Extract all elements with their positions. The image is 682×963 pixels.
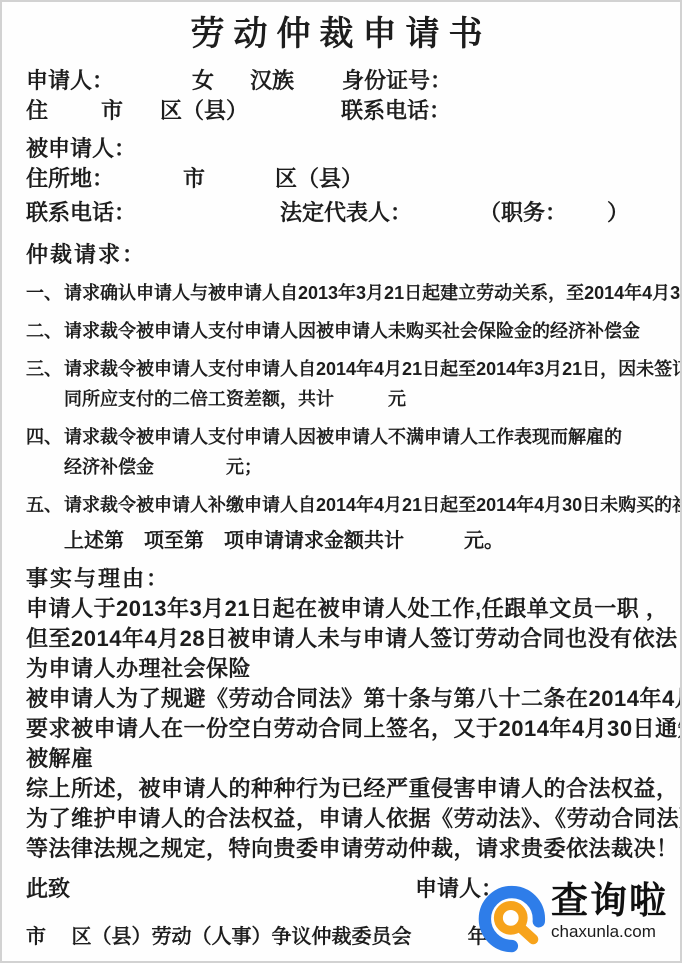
facts-line: 为了维护申请人的合法权益，申请人依据《劳动法》、《劳动合同法》 (26, 804, 656, 834)
respondent-address-label: 住所地： (26, 164, 114, 194)
claim-line: 请求确认申请人与被申请人自2013年3月21日起建立劳动关系，至2014年4月3… (64, 278, 656, 308)
claim-line: 请求裁令被申请人补缴申请人自2014年4月21日起至2014年4月30日未购买的… (64, 490, 656, 520)
applicant-address-row: 住 市 区（县） 联系电话： (26, 96, 656, 126)
facts-heading: 事实与理由： (26, 564, 656, 594)
arbitration-committee-label: 市 区（县）劳动（人事）争议仲裁委员会 (26, 922, 412, 952)
claims-total-summary: 上述第 项至第 项申请请求金额共计 元。 (26, 526, 656, 556)
applicant-phone-label: 联系电话： (341, 96, 451, 126)
magnifier-logo-icon (477, 883, 549, 955)
claim-item-4: 四、 请求裁令被申请人支付申请人因被申请人不满申请人工作表现而解雇的 经济补偿金… (26, 422, 656, 482)
facts-line: 综上所述，被申请人的种种行为已经严重侵害申请人的合法权益， (26, 774, 656, 804)
applicant-district-label: 区（县） (160, 96, 248, 126)
facts-line: 要求被申请人在一份空白劳动合同上签名，又于2014年4月30日通知申请人 (26, 714, 656, 744)
claim-item-3: 三、 请求裁令被申请人支付申请人自2014年4月21日起至2014年3月21日，… (26, 354, 656, 414)
applicant-gender-value: 女 (192, 66, 214, 96)
respondent-address-row: 住所地： 市 区（县） (26, 164, 656, 194)
facts-line: 申请人于2013年3月21日起在被申请人处工作,任跟单文员一职 ， (26, 594, 656, 624)
claim-text: 请求裁令被申请人支付申请人自2014年4月21日起至2014年3月21日，因未签… (64, 354, 656, 414)
applicant-label: 申请人： (26, 66, 114, 96)
respondent-district-label: 区（县） (275, 164, 363, 194)
applicant-row: 申请人： 女 汉族 身份证号： (26, 66, 656, 96)
claim-number: 四、 (26, 422, 64, 482)
claim-line: 请求裁令被申请人支付申请人因被申请人不满申请人工作表现而解雇的 (64, 422, 656, 452)
claim-line: 请求裁令被申请人支付申请人自2014年4月21日起至2014年3月21日，因未签… (64, 354, 656, 384)
watermark-text-block: 查询啦 chaxunla.com (551, 881, 668, 941)
claims-heading: 仲裁请求： (26, 240, 656, 270)
claim-item-2: 二、 请求裁令被申请人支付申请人因被申请人未购买社会保险金的经济补偿金 元； (26, 316, 656, 346)
claim-text: 请求裁令被申请人支付申请人因被申请人不满申请人工作表现而解雇的 经济补偿金 元； (64, 422, 656, 482)
respondent-phone-label: 联系电话： (26, 198, 136, 228)
facts-line: 等法律法规之规定，特向贵委申请劳动仲裁，请求贵委依法裁决！ (26, 834, 656, 864)
document-page: 劳动仲裁申请书 申请人： 女 汉族 身份证号： 住 市 区（县） 联系电话： 被… (0, 0, 682, 963)
claim-item-1: 一、 请求确认申请人与被申请人自2013年3月21日起建立劳动关系，至2014年… (26, 278, 656, 308)
claim-line: 同所应支付的二倍工资差额，共计 元 (64, 384, 656, 414)
claim-text: 请求裁令被申请人补缴申请人自2014年4月21日起至2014年4月30日未购买的… (64, 490, 656, 520)
claim-text: 请求确认申请人与被申请人自2013年3月21日起建立劳动关系，至2014年4月3… (64, 278, 656, 308)
residence-prefix-label: 住 (26, 96, 48, 126)
facts-line: 为申请人办理社会保险 (26, 654, 656, 684)
claim-text: 请求裁令被申请人支付申请人因被申请人未购买社会保险金的经济补偿金 元； (64, 316, 656, 346)
salutation-label: 此致 (26, 874, 70, 904)
facts-body: 申请人于2013年3月21日起在被申请人处工作,任跟单文员一职 ， 但至2014… (26, 594, 656, 864)
position-open-label: （职务： (479, 198, 567, 228)
applicant-id-label: 身份证号： (342, 66, 452, 96)
claim-number: 三、 (26, 354, 64, 414)
facts-line: 被申请人为了规避《劳动合同法》第十条与第八十二条在2014年4月29日 (26, 684, 656, 714)
claim-line: 请求裁令被申请人支付申请人因被申请人未购买社会保险金的经济补偿金 元； (64, 316, 656, 346)
facts-line: 被解雇 (26, 744, 656, 774)
position-close-label: ） (607, 198, 629, 228)
applicant-city-label: 市 (101, 96, 123, 126)
applicant-ethnicity-value: 汉族 (250, 66, 294, 96)
watermark-brand-text: 查询啦 (551, 881, 668, 921)
claim-number: 一、 (26, 278, 64, 308)
claim-number: 二、 (26, 316, 64, 346)
legal-rep-label: 法定代表人： (280, 198, 412, 228)
facts-line: 但至2014年4月28日被申请人未与申请人签订劳动合同也没有依法 (26, 624, 656, 654)
watermark-domain-text: chaxunla.com (551, 922, 668, 941)
claim-line: 经济补偿金 元； (64, 452, 656, 482)
respondent-row: 被申请人： (26, 134, 656, 164)
claim-number: 五、 (26, 490, 64, 520)
respondent-city-label: 市 (183, 164, 205, 194)
party-info-header: 申请人： 女 汉族 身份证号： 住 市 区（县） 联系电话： 被申请人： 住所地… (26, 66, 656, 228)
document-title: 劳动仲裁申请书 (26, 12, 656, 56)
claim-item-5: 五、 请求裁令被申请人补缴申请人自2014年4月21日起至2014年4月30日未… (26, 490, 656, 520)
chaxunla-watermark: 查询啦 chaxunla.com (477, 881, 668, 955)
respondent-contact-row: 联系电话： 法定代表人： （职务： ） (26, 198, 656, 228)
respondent-label: 被申请人： (26, 134, 136, 164)
